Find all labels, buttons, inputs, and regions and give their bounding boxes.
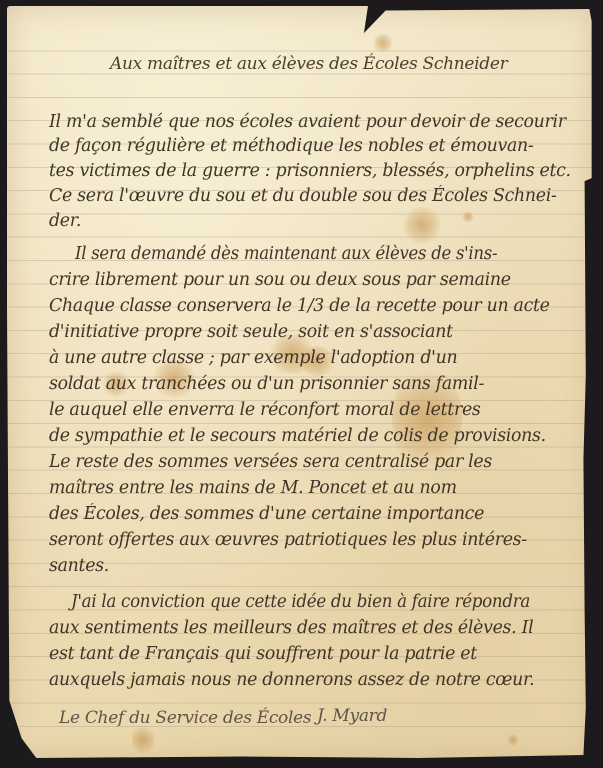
text-line: seront offertes aux œuvres patriotiques … [49,528,594,552]
text-line: maîtres entre les mains de M. Poncet et … [49,476,594,500]
text-line: santes. [49,554,594,578]
text-line: soldat aux tranchées ou d'un prisonnier … [49,372,594,396]
text-line: de sympathie et le secours matériel de c… [49,424,594,448]
signature-title: Le Chef du Service des Écoles [59,708,311,728]
text-line: crire librement pour un sou ou deux sous… [49,268,594,292]
text-line: Il m'a semblé que nos écoles avaient pou… [49,110,594,134]
text-line: der. [49,209,594,233]
scanned-letter: Aux maîtres et aux élèves des Écoles Sch… [0,0,603,768]
text-line: de façon régulière et méthodique les nob… [49,134,594,158]
text-line: aux sentiments les meilleurs des maîtres… [49,616,594,640]
signature-name: J. Myard [317,706,387,726]
text-line: Le reste des sommes versées sera central… [49,450,594,474]
text-line: tes victimes de la guerre : prisonniers,… [49,159,594,183]
paper-sheet: Aux maîtres et aux élèves des Écoles Sch… [7,6,594,761]
text-line: à une autre classe ; par exemple l'adopt… [49,346,594,370]
stain-spot [507,734,519,746]
text-line: Ce sera l'œuvre du sou et du double sou … [49,184,594,208]
text-line: le auquel elle enverra le réconfort mora… [49,398,594,422]
text-line: d'initiative propre soit seule, soit en … [49,320,594,344]
text-line: Chaque classe conservera le 1/3 de la re… [49,294,594,318]
stain-spot [132,724,154,756]
text-line: est tant de Français qui souffrent pour … [49,642,594,666]
text-line: J'ai la conviction que cette idée du bie… [71,590,594,614]
text-line: des Écoles, des sommes d'une certaine im… [49,502,594,526]
text-line: auxquels jamais nous ne donnerons assez … [49,668,594,692]
stain-spot [372,34,394,52]
letter-title: Aux maîtres et aux élèves des Écoles Sch… [110,54,507,74]
text-line: Il sera demandé dès maintenant aux élève… [75,242,594,266]
